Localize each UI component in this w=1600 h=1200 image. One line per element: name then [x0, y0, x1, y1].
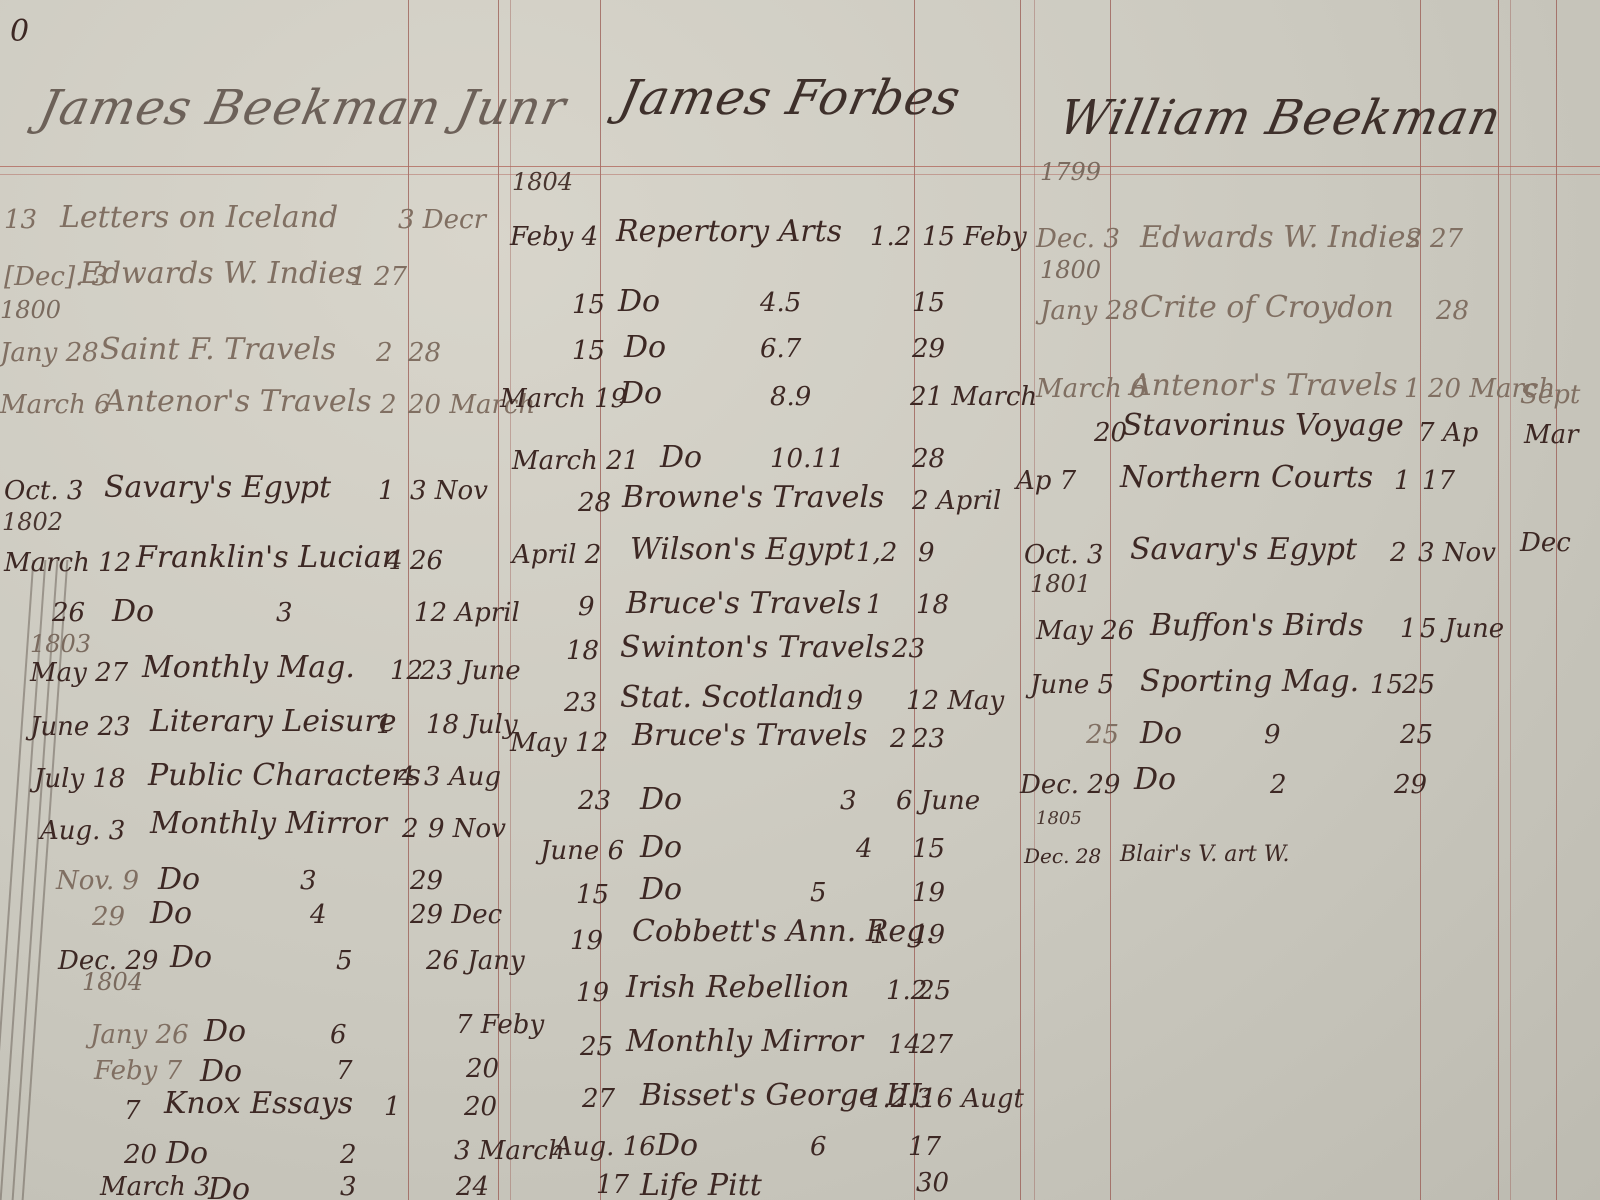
entry-vols: 2: [376, 338, 393, 368]
entry-date: 23: [578, 786, 611, 816]
entry-returned: 25: [1402, 670, 1435, 700]
ledger-page: 0 James Beekman Junr James Forbes Willia…: [0, 0, 1600, 1200]
page-number: 0: [10, 14, 29, 49]
rule-line: [1498, 0, 1499, 1200]
rule-line: [600, 0, 601, 1200]
entry-date: 15: [572, 336, 605, 366]
entry-date: Feby 7: [94, 1056, 182, 1086]
entry-returned: 15 Feby: [922, 222, 1027, 252]
entry-vols: 1: [1400, 614, 1417, 644]
year-header-william-beekman: 1799: [1040, 158, 1101, 186]
entry-title: Literary Leisure: [150, 704, 396, 739]
entry-date: 19: [570, 926, 603, 956]
entry-title: Monthly Mag.: [142, 650, 355, 685]
entry-title: Monthly Mirror: [150, 806, 387, 841]
entry-returned: 30: [916, 1168, 949, 1198]
entry-title: Cobbett's Ann. Reg.: [632, 914, 935, 949]
account-name-james-beekman: James Beekman Junr: [34, 80, 571, 136]
entry-title: Franklin's Lucian: [136, 540, 401, 575]
entry-date: 7: [124, 1096, 141, 1126]
entry-returned: 15: [912, 834, 945, 864]
entry-title: Public Characters: [148, 758, 421, 793]
entry-vols: 5: [336, 946, 353, 976]
entry-date: 29: [92, 902, 125, 932]
entry-vols: 2: [1390, 538, 1407, 568]
entry-returned: 2 April: [912, 486, 1001, 516]
entry-vols: 1: [384, 1092, 401, 1122]
entry-title: Do: [624, 330, 666, 365]
entry-title: Do: [150, 896, 192, 931]
entry-returned: 9: [918, 538, 935, 568]
entry-title: Stat. Scotland: [620, 680, 835, 715]
entry-vols: 1: [1394, 466, 1411, 496]
entry-date: Jany 28: [1040, 296, 1139, 326]
entry-title: Wilson's Egypt: [630, 532, 855, 567]
entry-title: Stavorinus Voyage: [1122, 408, 1404, 443]
entry-vols: 2: [380, 390, 397, 420]
entry-vols: 3: [840, 786, 857, 816]
entry-vols: 4: [310, 900, 327, 930]
entry-date: March 12: [4, 548, 131, 578]
entry-title: Antenor's Travels: [1130, 368, 1398, 403]
entry-date: 28: [578, 488, 611, 518]
entry-title: Crite of Croydon: [1140, 290, 1394, 325]
entry-title: Bruce's Travels: [632, 718, 867, 753]
rule-line: [1420, 0, 1421, 1200]
account-name-james-forbes: James Forbes: [614, 70, 966, 126]
entry-title: Do: [656, 1128, 698, 1163]
entry-vols: 3: [276, 598, 293, 628]
entry-date: 17: [596, 1170, 629, 1200]
entry-date: Jany 28: [0, 338, 99, 368]
entry-date: April 2: [512, 540, 601, 570]
entry-vols: 5: [810, 878, 827, 908]
entry-vols: 7: [336, 1056, 353, 1086]
year-mark: 1805: [1036, 808, 1082, 829]
entry-returned: 17: [908, 1132, 941, 1162]
year-mark: 1800: [0, 296, 61, 324]
entry-title: Savary's Egypt: [1130, 532, 1357, 567]
entry-date: March 3: [100, 1172, 211, 1200]
entry-title: Antenor's Travels: [104, 384, 372, 419]
entry-vols: 3: [340, 1172, 357, 1200]
entry-date: June 6: [540, 836, 624, 866]
entry-date: 27: [582, 1084, 615, 1114]
entry-vols: 4.5: [760, 288, 801, 318]
entry-returned: 23 June: [420, 656, 521, 686]
entry-returned: 9 Nov: [428, 814, 506, 844]
entry-vols: 2: [1406, 224, 1423, 254]
entry-date: Aug. 3: [40, 816, 125, 846]
entry-vols: 1,2: [856, 538, 897, 568]
entry-date: June 23: [30, 712, 131, 742]
year-mark: 1802: [2, 508, 63, 536]
rule-line: [1556, 0, 1557, 1200]
entry-date: March 6: [0, 390, 111, 420]
entry-returned: 24: [456, 1172, 489, 1200]
entry-title: Edwards W. Indies: [1140, 220, 1421, 255]
margin-fragment: Dec: [1520, 528, 1571, 558]
entry-title: Do: [158, 862, 200, 897]
entry-returned: 29 Dec: [410, 900, 502, 930]
entry-vols: 3: [300, 866, 317, 896]
entry-returned: 23: [892, 634, 925, 664]
entry-vols: 9: [1264, 720, 1281, 750]
entry-returned: 3 Decr: [398, 205, 486, 235]
entry-returned: 19: [912, 920, 945, 950]
year-mark: 1803: [30, 630, 91, 658]
entry-vols: 19: [830, 686, 863, 716]
entry-date: Feby 4: [510, 222, 598, 252]
entry-date: 20: [124, 1140, 157, 1170]
entry-title: Savary's Egypt: [104, 470, 331, 505]
entry-returned: 29: [410, 866, 443, 896]
entry-returned: 20: [466, 1054, 499, 1084]
entry-title: Do: [200, 1054, 242, 1089]
entry-returned: 17: [1422, 466, 1455, 496]
entry-title: Do: [166, 1136, 208, 1171]
entry-returned: 23: [912, 724, 945, 754]
entry-returned: 18 July: [426, 710, 518, 740]
rule-line: [408, 0, 409, 1200]
entry-title: Do: [660, 440, 702, 475]
entry-returned: 29: [912, 334, 945, 364]
entry-title: Swinton's Travels: [620, 630, 890, 665]
entry-date: 25: [1086, 720, 1119, 750]
entry-date: 23: [564, 688, 597, 718]
entry-returned: 21 March: [910, 382, 1037, 412]
entry-title: Do: [640, 872, 682, 907]
entry-date: 15: [572, 290, 605, 320]
entry-returned: 18: [916, 590, 949, 620]
entry-vols: 12: [390, 656, 423, 686]
entry-returned: 26 Jany: [426, 946, 525, 976]
rule-line: [1510, 0, 1511, 1200]
entry-date: 9: [578, 592, 595, 622]
entry-title: Monthly Mirror: [626, 1024, 863, 1059]
year-header-forbes: 1804: [512, 168, 573, 196]
entry-date: Aug. 16: [554, 1132, 656, 1162]
entry-date: 19: [576, 978, 609, 1008]
rule-line: [1034, 0, 1035, 1200]
entry-vols: 6: [810, 1132, 827, 1162]
entry-title: Do: [640, 782, 682, 817]
entry-vols: 1: [376, 710, 393, 740]
entry-title: Browne's Travels: [622, 480, 884, 515]
entry-title: Edwards W. Indies: [80, 256, 361, 291]
entry-title: Blair's V. art W.: [1120, 842, 1289, 867]
entry-date: Dec. 3: [1036, 224, 1120, 254]
entry-date: May 12: [510, 728, 608, 758]
header-rule: [0, 166, 1600, 167]
entry-returned: 25: [918, 976, 951, 1006]
entry-returned: 7 Ap: [1418, 418, 1478, 448]
entry-vols: 6: [330, 1020, 347, 1050]
entry-returned: 28: [408, 338, 441, 368]
entry-title: Irish Rebellion: [626, 970, 850, 1005]
entry-vols: 1: [870, 920, 887, 950]
entry-vols: 4: [856, 834, 873, 864]
entry-title: Bruce's Travels: [626, 586, 861, 621]
entry-date: Jany 26: [90, 1020, 189, 1050]
entry-title: Knox Essays: [164, 1086, 353, 1121]
entry-title: Do: [640, 830, 682, 865]
entry-vols: 2: [402, 814, 419, 844]
entry-returned: 26: [410, 546, 443, 576]
entry-returned: 16 Augt: [920, 1084, 1024, 1114]
entry-vols: 2: [890, 724, 907, 754]
entry-title: Do: [170, 940, 212, 975]
rule-line: [1110, 0, 1111, 1200]
entry-returned: 12 May: [906, 686, 1004, 716]
year-mark: 1804: [82, 968, 143, 996]
entry-date: 13: [4, 205, 37, 235]
rule-line: [1020, 0, 1021, 1200]
entry-title: Do: [204, 1014, 246, 1049]
entry-returned: 27: [920, 1030, 953, 1060]
entry-returned: 27: [374, 262, 407, 292]
entry-returned: 12 April: [414, 598, 520, 628]
entry-vols: 8.9: [770, 382, 811, 412]
entry-vols: 10.11: [770, 444, 844, 474]
entry-date: March 21: [512, 446, 639, 476]
rule-line: [914, 0, 915, 1200]
entry-returned: 7 Feby: [456, 1010, 544, 1040]
entry-date: 25: [580, 1032, 613, 1062]
entry-vols: 4: [398, 762, 415, 792]
entry-returned: 28: [912, 444, 945, 474]
entry-returned: 29: [1394, 770, 1427, 800]
entry-returned: 5 June: [1420, 614, 1504, 644]
account-name-william-beekman: William Beekman: [1054, 90, 1506, 146]
entry-returned: 28: [1436, 296, 1469, 326]
entry-date: 26: [52, 598, 85, 628]
entry-date: Dec. 29: [1020, 770, 1120, 800]
entry-title: Sporting Mag.: [1140, 664, 1359, 699]
entry-title: Do: [620, 376, 662, 411]
entry-date: May 27: [30, 658, 128, 688]
entry-vols: 6.7: [760, 334, 801, 364]
entry-date: Nov. 9: [56, 866, 139, 896]
entry-returned: 27: [1430, 224, 1463, 254]
entry-title: Repertory Arts: [616, 214, 842, 249]
entry-date: Oct. 3: [4, 476, 83, 506]
entry-title: Buffon's Birds: [1150, 608, 1364, 643]
entry-title: Saint F. Travels: [100, 332, 336, 367]
margin-fragment: Sept: [1520, 380, 1580, 410]
entry-vols: 1: [350, 262, 367, 292]
entry-date: Ap 7: [1016, 466, 1076, 496]
entry-returned: 6 June: [896, 786, 980, 816]
entry-date: Oct. 3: [1024, 540, 1103, 570]
entry-returned: 15: [912, 288, 945, 318]
entry-title: Do: [112, 594, 154, 629]
entry-date: Dec. 28: [1024, 844, 1101, 868]
entry-title: Life Pitt: [640, 1168, 762, 1200]
entry-vols: 15: [1370, 670, 1403, 700]
entry-returned: 3 Nov: [410, 476, 488, 506]
entry-returned: 20: [464, 1092, 497, 1122]
entry-title: Do: [618, 284, 660, 319]
entry-returned: 19: [912, 878, 945, 908]
entry-title: Do: [208, 1172, 250, 1200]
entry-returned: 3 March: [454, 1136, 565, 1166]
entry-returned: 3 Nov: [1418, 538, 1496, 568]
entry-date: May 26: [1036, 616, 1134, 646]
entry-vols: 1: [866, 590, 883, 620]
entry-title: Northern Courts: [1120, 460, 1373, 495]
entry-title: Do: [1134, 762, 1176, 797]
entry-vols: 14: [888, 1030, 921, 1060]
year-mark: 1800: [1040, 256, 1101, 284]
entry-vols: 1: [378, 476, 395, 506]
entry-vols: 2: [340, 1140, 357, 1170]
entry-date: 15: [576, 880, 609, 910]
entry-title: Letters on Iceland: [60, 200, 338, 235]
entry-date: July 18: [34, 764, 126, 794]
entry-date: 18: [566, 636, 599, 666]
entry-date: June 5: [1030, 670, 1114, 700]
entry-vols: 1.2: [870, 222, 911, 252]
margin-fragment: Mar: [1524, 420, 1579, 450]
entry-vols: 2: [1270, 770, 1287, 800]
entry-returned: 3 Aug: [424, 762, 501, 792]
year-mark: 1801: [1030, 570, 1091, 598]
entry-date: March 19: [500, 384, 627, 414]
header-rule: [0, 174, 1600, 175]
entry-vols: 1: [1404, 374, 1421, 404]
entry-returned: 25: [1400, 720, 1433, 750]
entry-title: Do: [1140, 716, 1182, 751]
entry-vols: 4: [386, 546, 403, 576]
